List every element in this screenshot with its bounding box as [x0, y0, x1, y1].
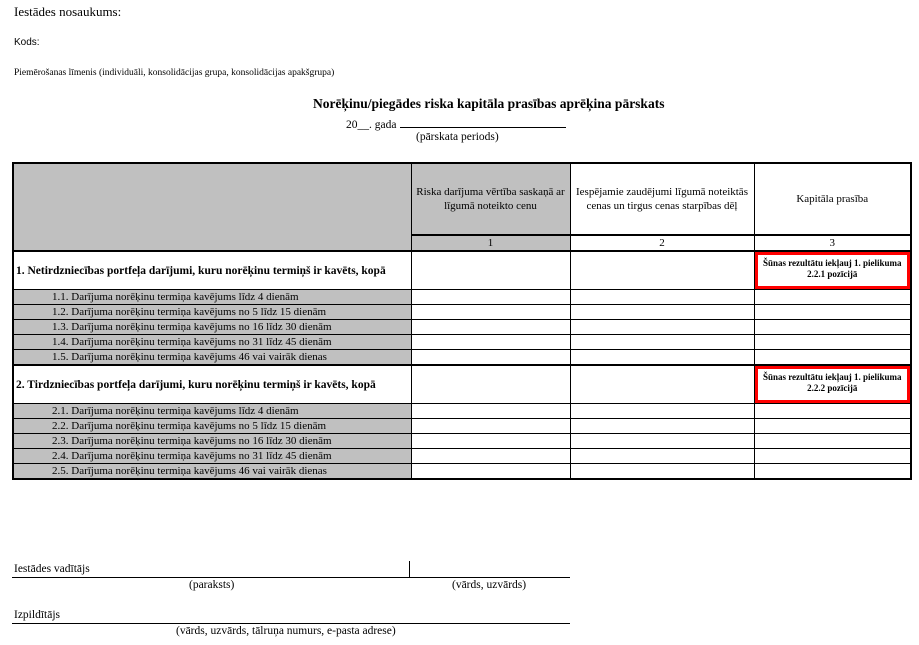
column-number-1: 1	[411, 235, 570, 251]
section-label: 2. Tirdzniecības portfeļa darījumi, kuru…	[13, 365, 411, 404]
section-row: 1. Netirdzniecības portfeļa darījumi, ku…	[13, 251, 911, 290]
row-label: 2.1. Darījuma norēķinu termiņa kavējums …	[13, 404, 411, 419]
value-cell[interactable]	[570, 449, 754, 464]
value-cell[interactable]	[570, 365, 754, 404]
value-cell[interactable]: Šūnas rezultātu iekļauj 1. pielikuma 2.2…	[754, 251, 911, 290]
executor-signature-line[interactable]	[12, 623, 570, 624]
value-cell[interactable]	[411, 320, 570, 335]
column-number-3: 3	[754, 235, 911, 251]
signature-caption: (paraksts)	[189, 579, 234, 591]
value-cell[interactable]	[411, 365, 570, 404]
capital-requirement-table: Riska darījuma vērtība saskaņā ar līgumā…	[12, 162, 912, 480]
value-cell[interactable]	[411, 290, 570, 305]
executor-label: Izpildītājs	[14, 609, 60, 621]
value-cell[interactable]	[754, 335, 911, 350]
table-row: 2.5. Darījuma norēķinu termiņa kavējums …	[13, 464, 911, 480]
value-cell[interactable]	[570, 350, 754, 366]
value-cell[interactable]	[570, 290, 754, 305]
table-row: 1.1. Darījuma norēķinu termiņa kavējums …	[13, 290, 911, 305]
value-cell[interactable]	[570, 419, 754, 434]
table-row: 1.5. Darījuma norēķinu termiņa kavējums …	[13, 350, 911, 366]
value-cell[interactable]	[754, 305, 911, 320]
table-row: 2.4. Darījuma norēķinu termiņa kavējums …	[13, 449, 911, 464]
table-row: 1.2. Darījuma norēķinu termiņa kavējums …	[13, 305, 911, 320]
table-row: 2.2. Darījuma norēķinu termiņa kavējums …	[13, 419, 911, 434]
executor-caption: (vārds, uzvārds, tālruņa numurs, e-pasta…	[176, 625, 396, 637]
row-label: 1.4. Darījuma norēķinu termiņa kavējums …	[13, 335, 411, 350]
section-label: 1. Netirdzniecības portfeļa darījumi, ku…	[13, 251, 411, 290]
table-row: 2.3. Darījuma norēķinu termiņa kavējums …	[13, 434, 911, 449]
table-row: 2.1. Darījuma norēķinu termiņa kavējums …	[13, 404, 911, 419]
column-header-1: Riska darījuma vērtība saskaņā ar līgumā…	[411, 163, 570, 235]
period-input-line[interactable]	[400, 116, 566, 128]
row-label: 2.4. Darījuma norēķinu termiņa kavējums …	[13, 449, 411, 464]
value-cell[interactable]	[754, 419, 911, 434]
section-row: 2. Tirdzniecības portfeļa darījumi, kuru…	[13, 365, 911, 404]
value-cell[interactable]	[411, 419, 570, 434]
column-number-2: 2	[570, 235, 754, 251]
value-cell[interactable]	[754, 320, 911, 335]
value-cell[interactable]	[754, 290, 911, 305]
value-cell[interactable]	[754, 404, 911, 419]
column-header-2: Iespējamie zaudējumi līgumā noteiktās ce…	[570, 163, 754, 235]
table-row: 1.4. Darījuma norēķinu termiņa kavējums …	[13, 335, 911, 350]
head-of-institution-label: Iestādes vadītājs	[14, 563, 90, 575]
value-cell[interactable]	[754, 464, 911, 480]
value-cell[interactable]	[570, 404, 754, 419]
application-level-label: Piemērošanas līmenis (individuāli, konso…	[14, 68, 334, 78]
name-caption: (vārds, uzvārds)	[452, 579, 526, 591]
row-label: 1.5. Darījuma norēķinu termiņa kavējums …	[13, 350, 411, 366]
reporting-period-line: 20__. gada	[346, 116, 566, 131]
row-label: 2.5. Darījuma norēķinu termiņa kavējums …	[13, 464, 411, 480]
row-label: 2.3. Darījuma norēķinu termiņa kavējums …	[13, 434, 411, 449]
value-cell[interactable]	[570, 434, 754, 449]
value-cell[interactable]	[411, 305, 570, 320]
value-cell[interactable]	[570, 464, 754, 480]
value-cell[interactable]	[570, 335, 754, 350]
value-cell[interactable]	[411, 404, 570, 419]
value-cell[interactable]	[570, 320, 754, 335]
value-cell[interactable]	[754, 434, 911, 449]
header-row: Riska darījuma vērtība saskaņā ar līgumā…	[13, 163, 911, 235]
value-cell[interactable]	[570, 305, 754, 320]
value-cell[interactable]	[570, 251, 754, 290]
signature-divider	[409, 561, 410, 577]
row-label: 1.2. Darījuma norēķinu termiņa kavējums …	[13, 305, 411, 320]
head-signature-line[interactable]	[12, 577, 570, 578]
institution-name-label: Iestādes nosaukums:	[14, 4, 121, 20]
table-row: 1.3. Darījuma norēķinu termiņa kavējums …	[13, 320, 911, 335]
note-highlight-box: Šūnas rezultātu iekļauj 1. pielikuma 2.2…	[755, 252, 911, 289]
value-cell[interactable]	[411, 449, 570, 464]
row-label: 1.1. Darījuma norēķinu termiņa kavējums …	[13, 290, 411, 305]
row-label: 2.2. Darījuma norēķinu termiņa kavējums …	[13, 419, 411, 434]
row-label: 1.3. Darījuma norēķinu termiņa kavējums …	[13, 320, 411, 335]
code-label: Kods:	[14, 37, 40, 48]
value-cell[interactable]	[411, 350, 570, 366]
header-blank-cell	[13, 163, 411, 251]
value-cell[interactable]	[411, 434, 570, 449]
value-cell[interactable]	[754, 449, 911, 464]
period-prefix: 20__. gada	[346, 119, 396, 131]
value-cell[interactable]	[411, 251, 570, 290]
period-caption: (pārskata periods)	[416, 131, 499, 143]
value-cell[interactable]	[411, 335, 570, 350]
value-cell[interactable]	[411, 464, 570, 480]
column-header-3: Kapitāla prasība	[754, 163, 911, 235]
value-cell[interactable]	[754, 350, 911, 366]
report-title: Norēķinu/piegādes riska kapitāla prasība…	[313, 96, 664, 112]
value-cell[interactable]: Šūnas rezultātu iekļauj 1. pielikuma 2.2…	[754, 365, 911, 404]
note-highlight-box: Šūnas rezultātu iekļauj 1. pielikuma 2.2…	[755, 366, 911, 403]
